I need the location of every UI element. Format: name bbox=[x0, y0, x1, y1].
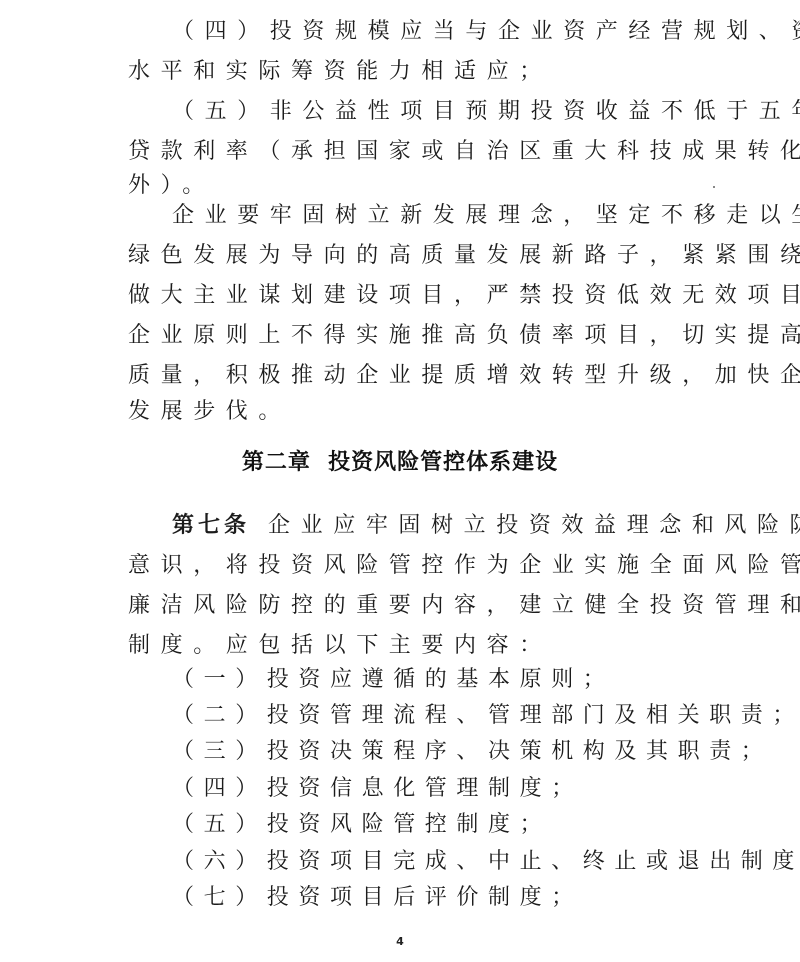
paragraph-line: （四）投资规模应当与企业资产经营规划、资产负债 bbox=[172, 18, 732, 46]
paragraph-line: 质量，积极推动企业提质增效转型升级，加快企业高质量 bbox=[128, 362, 688, 390]
document-page: （四）投资规模应当与企业资产经营规划、资产负债 水平和实际筹资能力相适应； （五… bbox=[0, 0, 800, 962]
page-number: 4 bbox=[0, 935, 800, 948]
list-item: （一）投资应遵循的基本原则； bbox=[172, 666, 732, 694]
paragraph-line: 企业要牢固树立新发展理念，坚定不移走以生态优先 bbox=[172, 202, 732, 230]
paragraph-line: 外）。 bbox=[128, 172, 688, 200]
paragraph-line: （五）非公益性项目预期投资收益不低于五年期银行 bbox=[172, 98, 732, 126]
chapter-heading: 第二章 投资风险管控体系建设 bbox=[0, 449, 800, 477]
paragraph-line: 意识，将投资风险管控作为企业实施全面风险管理、加强 bbox=[128, 552, 688, 580]
list-item: （五）投资风险管控制度； bbox=[172, 811, 732, 839]
list-item: （二）投资管理流程、管理部门及相关职责； bbox=[172, 702, 732, 730]
article-text: 企业应牢固树立投资效益理念和风险防范 bbox=[268, 513, 800, 538]
list-item: （六）投资项目完成、中止、终止或退出制度； bbox=[172, 848, 732, 876]
list-item: （三）投资决策程序、决策机构及其职责； bbox=[172, 738, 732, 766]
paragraph-line: 绿色发展为导向的高质量发展新路子，紧紧围绕做强做优 bbox=[128, 242, 688, 270]
article-first-line: 第七条企业应牢固树立投资效益理念和风险防范 bbox=[172, 512, 732, 540]
scan-speck bbox=[713, 186, 715, 188]
paragraph-line: 做大主业谋划建设项目，严禁投资低效无效项目，高负债 bbox=[128, 282, 688, 310]
paragraph-line: 水平和实际筹资能力相适应； bbox=[128, 58, 688, 86]
paragraph-line: 廉洁风险防控的重要内容，建立健全投资管理和风险管控 bbox=[128, 592, 688, 620]
paragraph-line: 企业原则上不得实施推高负债率项目，切实提高建设项目 bbox=[128, 322, 688, 350]
paragraph-line: 发展步伐。 bbox=[128, 398, 688, 426]
article-label: 第七条 bbox=[172, 513, 250, 538]
paragraph-line: 贷款利率（承担国家或自治区重大科技成果转化项目除 bbox=[128, 138, 688, 166]
list-item: （七）投资项目后评价制度； bbox=[172, 884, 732, 912]
list-item: （四）投资信息化管理制度； bbox=[172, 775, 732, 803]
paragraph-line: 制度。应包括以下主要内容： bbox=[128, 632, 688, 660]
